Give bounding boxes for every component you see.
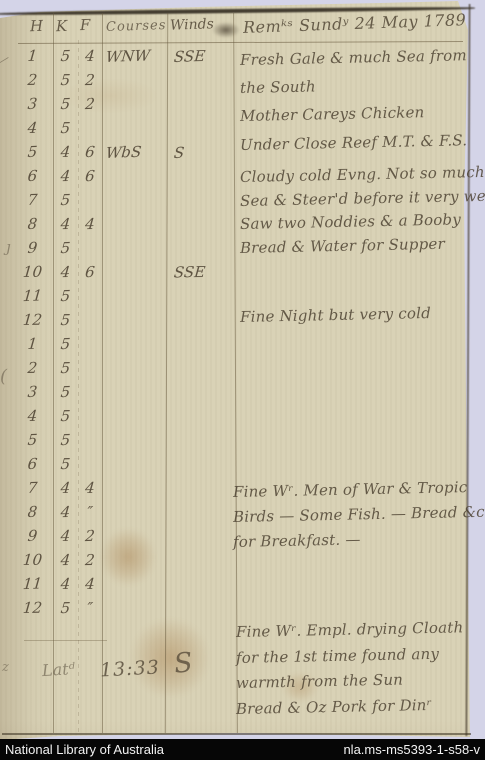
log-row: 9 4 2 — [0, 524, 237, 548]
latitude-hemisphere: S — [172, 647, 194, 680]
cell-fathoms: 4 — [77, 44, 103, 69]
cell-fathoms: 4 — [77, 212, 103, 236]
cell-course — [101, 115, 167, 140]
cell-fathoms — [77, 308, 103, 332]
log-row: 4 5 — [0, 404, 237, 428]
cell-hour: 6 — [0, 452, 54, 477]
caption-bar: National Library of Australia nla.ms-ms5… — [0, 739, 485, 760]
cell-hour: 2 — [0, 68, 54, 93]
cell-hour: 7 — [0, 187, 54, 213]
cell-knots: 4 — [52, 524, 79, 549]
cell-wind: SSE — [165, 43, 238, 69]
cell-wind: S — [165, 139, 238, 165]
cell-knots: 5 — [52, 308, 79, 332]
cell-wind — [165, 403, 238, 428]
log-row: 1 5 — [0, 332, 237, 356]
cell-knots: 5 — [52, 92, 79, 117]
log-row: 3 5 2 — [0, 92, 237, 116]
cell-fathoms — [77, 116, 103, 140]
cell-hour: 9 — [0, 523, 54, 549]
cell-course — [101, 355, 167, 380]
cell-course — [101, 283, 167, 309]
cell-knots: 4 — [52, 476, 79, 501]
cell-hour: 8 — [0, 212, 54, 237]
remarks-morning: Fine Wʳ. Men of War & Tropic Birds — Som… — [233, 480, 473, 555]
cell-wind — [165, 355, 238, 380]
cell-course — [101, 67, 167, 92]
cell-hour: 12 — [0, 596, 54, 621]
cell-hour: 2 — [0, 356, 54, 381]
cell-fathoms: ″ — [77, 500, 103, 524]
cell-knots: 5 — [52, 332, 79, 357]
cell-hour: 3 — [0, 379, 54, 405]
cell-wind — [165, 379, 238, 405]
cell-knots: 4 — [52, 260, 79, 284]
cell-fathoms: 2 — [77, 524, 103, 549]
cell-fathoms — [77, 428, 103, 453]
cell-wind — [165, 571, 238, 597]
log-row: 7 4 4 — [0, 476, 237, 500]
cell-hour: 6 — [0, 164, 54, 189]
log-row: 5 5 — [0, 428, 237, 452]
cell-knots: 5 — [52, 44, 79, 69]
cell-course — [101, 379, 167, 405]
cell-course — [101, 331, 167, 357]
cell-wind — [165, 475, 238, 501]
cell-knots: 5 — [52, 380, 79, 405]
log-row: 10 4 2 — [0, 548, 237, 572]
log-row: 3 5 — [0, 380, 237, 404]
cell-fathoms — [77, 452, 103, 476]
cell-hour: 11 — [0, 571, 54, 597]
cell-hour: 10 — [0, 260, 54, 285]
cell-wind — [165, 115, 238, 140]
cell-fathoms — [77, 188, 103, 213]
log-row: 1 5 4 WNW SSE — [0, 44, 237, 68]
cell-course — [101, 595, 167, 620]
cell-course: WNW — [101, 43, 167, 69]
remarks-noon: Fine Wʳ. Empl. drying Cloath for the 1st… — [236, 620, 476, 722]
cell-wind — [165, 427, 238, 453]
cell-hour: 4 — [0, 116, 54, 141]
log-row: 4 5 — [0, 116, 237, 140]
log-row: 2 5 2 — [0, 68, 237, 92]
cell-fathoms — [77, 236, 103, 261]
cell-course — [101, 187, 167, 213]
remarks-early-hours: Fresh Gale & much Sea from the South Mot… — [240, 46, 480, 130]
cell-knots: 5 — [52, 188, 79, 213]
cell-wind — [165, 499, 238, 524]
cell-course — [101, 523, 167, 549]
cell-hour: 7 — [0, 475, 54, 501]
cell-course — [101, 211, 167, 236]
cell-fathoms — [77, 284, 103, 309]
margin-mark: z — [2, 660, 9, 675]
cell-fathoms: 6 — [77, 260, 103, 284]
log-row: 8 4 4 — [0, 212, 237, 236]
log-row: 9 5 — [0, 236, 237, 260]
cell-fathoms: 4 — [77, 572, 103, 597]
header-fathoms: F — [80, 16, 91, 34]
cell-hour: 5 — [0, 139, 54, 165]
log-row: 6 5 — [0, 452, 237, 476]
cell-hour: 8 — [0, 500, 54, 525]
cell-course — [101, 571, 167, 597]
cell-fathoms: 6 — [77, 164, 103, 188]
cell-course — [101, 259, 167, 284]
log-row: 7 5 — [0, 188, 237, 212]
cell-course — [101, 163, 167, 188]
log-row: 11 4 4 — [0, 572, 237, 596]
remarks-night: Fine Night but very cold — [240, 308, 480, 326]
log-row: 8 4 ″ — [0, 500, 237, 524]
cell-knots: 5 — [52, 68, 79, 92]
latitude-value: 13:33 — [99, 656, 160, 681]
reference-number: nla.ms-ms5393-1-s58-v — [343, 742, 480, 757]
cell-fathoms: ″ — [77, 596, 103, 620]
latitude-label: Latᵈ — [41, 659, 75, 680]
cell-fathoms: 6 — [77, 140, 103, 165]
cell-wind — [165, 595, 238, 620]
cell-wind — [165, 235, 238, 261]
cell-course — [101, 475, 167, 501]
cell-hour: 1 — [0, 331, 54, 357]
log-row: 11 5 — [0, 284, 237, 308]
log-row: 10 4 6 SSE — [0, 260, 237, 284]
cell-knots: 5 — [52, 284, 79, 309]
cell-wind — [165, 211, 238, 236]
cell-hour: 12 — [0, 308, 54, 333]
cell-wind — [165, 331, 238, 357]
cell-knots: 4 — [52, 500, 79, 524]
remarks-reef: Under Close Reef M.T. & F.S. — [240, 136, 480, 154]
cell-fathoms: 4 — [77, 476, 103, 501]
log-row: 12 5 — [0, 308, 237, 332]
cell-hour: 4 — [0, 404, 54, 429]
cell-wind — [165, 187, 238, 213]
cell-course — [101, 451, 167, 476]
cell-wind — [165, 283, 238, 309]
margin-mark: ( — [0, 366, 7, 387]
cell-knots: 5 — [52, 596, 79, 620]
log-row: 2 5 — [0, 356, 237, 380]
cell-knots: 5 — [52, 116, 79, 140]
cell-knots: 4 — [52, 212, 79, 236]
cell-wind — [165, 91, 238, 117]
cell-fathoms: 2 — [77, 92, 103, 117]
page-bottom-edge — [2, 733, 471, 735]
cell-hour: 1 — [0, 43, 54, 69]
remark-line: Bread & Water for Supper — [240, 231, 480, 260]
cell-course: WbS — [101, 139, 167, 165]
log-row: 12 5 ″ — [0, 596, 237, 620]
cell-course — [101, 235, 167, 261]
cell-course — [101, 307, 167, 332]
cell-fathoms — [77, 404, 103, 428]
cell-course — [101, 547, 167, 572]
cell-wind — [165, 67, 238, 92]
scanned-logbook-page: H K F Courses Winds Remᵏˢ Sundʸ 24 May 1… — [0, 0, 485, 760]
cell-knots: 4 — [52, 140, 79, 165]
cell-wind — [165, 547, 238, 572]
cell-fathoms — [77, 380, 103, 405]
cell-fathoms: 2 — [77, 548, 103, 572]
cell-course — [101, 427, 167, 453]
cell-wind — [165, 451, 238, 476]
cell-hour: 10 — [0, 548, 54, 573]
cell-knots: 5 — [52, 404, 79, 428]
cell-course — [101, 403, 167, 428]
ink-smudge — [212, 22, 240, 38]
log-row: 6 4 6 — [0, 164, 237, 188]
institution-label: National Library of Australia — [5, 742, 164, 757]
cell-fathoms — [77, 356, 103, 380]
cell-wind — [165, 163, 238, 188]
header-hours: H — [30, 17, 44, 35]
cell-hour: 3 — [0, 91, 54, 117]
cell-course — [101, 91, 167, 117]
remark-line: Mother Careys Chicken — [240, 97, 481, 130]
cell-wind: SSE — [165, 259, 238, 284]
cell-course — [101, 499, 167, 524]
cell-knots: 5 — [52, 236, 79, 261]
cell-fathoms: 2 — [77, 68, 103, 92]
cell-knots: 4 — [52, 164, 79, 188]
remark-line: Bread & Oz Pork for Dinʳ — [236, 691, 476, 722]
cell-knots: 4 — [52, 548, 79, 572]
header-courses: Courses — [106, 18, 167, 35]
remarks-evening: Cloudy cold Evng. Not so much Sea & Stee… — [240, 166, 480, 260]
cell-wind — [165, 307, 238, 332]
log-row: 5 4 6 WbS S — [0, 140, 237, 164]
remark-line: Under Close Reef M.T. & F.S. — [240, 131, 480, 154]
cell-knots: 5 — [52, 356, 79, 380]
log-table-body: 1 5 4 WNW SSE 2 5 2 3 5 2 4 5 — [0, 44, 237, 620]
margin-mark: ȷ — [6, 238, 11, 256]
cell-knots: 5 — [52, 428, 79, 453]
cell-knots: 4 — [52, 572, 79, 597]
header-winds: Winds — [170, 16, 214, 34]
cell-hour: 11 — [0, 283, 54, 309]
noon-rule-line — [24, 640, 107, 641]
remark-line: for Breakfast. — — [233, 525, 473, 555]
header-knots: K — [56, 17, 68, 35]
remark-line: Fine Night but very cold — [240, 303, 480, 326]
cell-knots: 5 — [52, 452, 79, 476]
cell-wind — [165, 523, 238, 549]
cell-hour: 5 — [0, 427, 54, 453]
cell-fathoms — [77, 332, 103, 357]
